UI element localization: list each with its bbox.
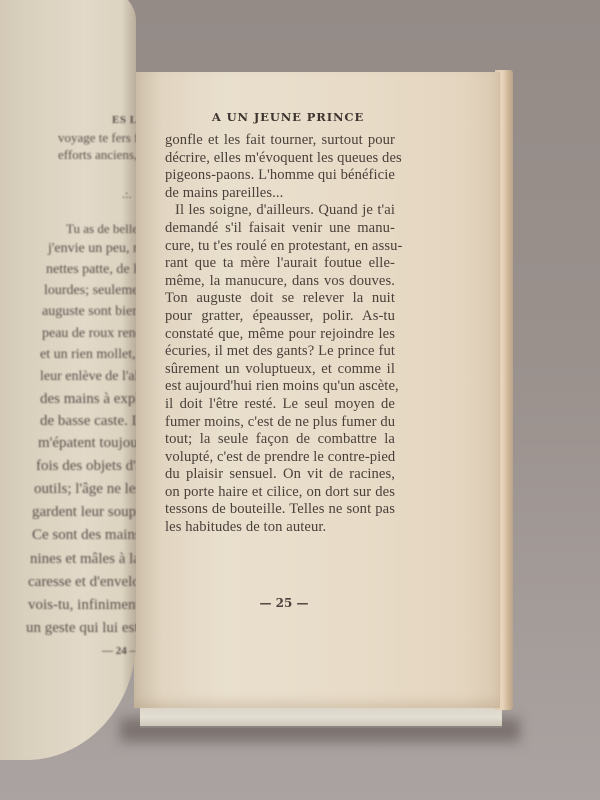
text-line: leur enlève de l'alerte xyxy=(40,369,136,385)
text-line: peau de roux rend le m xyxy=(42,326,136,342)
text-line: Il les soigne, d'ailleurs. Quand je t'ai xyxy=(165,202,395,220)
text-line: auguste sont bien pu xyxy=(42,304,136,320)
text-line: des mains à explora xyxy=(40,391,136,408)
text-line: de mains pareilles... xyxy=(165,185,395,203)
text-line: décrire, elles m'évoquent les queues des xyxy=(165,150,395,168)
text-line: volupté, c'est de prendre le contre-pied xyxy=(165,449,395,467)
text-line: pigeons-paons. L'homme qui bénéficie xyxy=(165,167,395,185)
text-line: tout; la seule façon de combattre la xyxy=(165,431,395,449)
body-text: gonfle et les fait tourner, surtout pour… xyxy=(165,132,395,537)
text-line: Tu as de belles mai xyxy=(66,221,136,237)
text-line: même, la manucure, dans vos douves. xyxy=(165,273,395,291)
right-page-text-block: A UN JEUNE PRINCE gonfle et les fait tou… xyxy=(165,110,395,537)
text-line: j'envie un peu, moi qu xyxy=(48,241,136,257)
text-line: tessons de bouteille. Telles ne sont pas xyxy=(165,501,395,519)
text-line: efforts anciens, a n xyxy=(58,147,136,163)
text-line: demandé s'il faisait venir une manu- xyxy=(165,220,395,238)
text-line: nettes patte, de leurs xyxy=(46,262,136,278)
text-line: outils; l'âge ne les a pas xyxy=(34,481,136,498)
text-line: est aujourd'hui rien moins qu'un ascète, xyxy=(165,378,395,396)
text-line: gardent leur souple et le xyxy=(32,504,136,521)
text-line: et un rien mollet, un pe xyxy=(40,347,136,363)
left-page-text-block: ES LET voyage te fers fo efforts anciens… xyxy=(0,0,136,760)
text-line: Ce sont des mains à la fo xyxy=(32,527,136,544)
text-line: rant que ta mère l'aurait foutue elle- xyxy=(165,255,395,273)
text-line: vois-tu, infiniment habile xyxy=(28,597,136,614)
page-number: — 25 — xyxy=(165,596,399,610)
text-line: fois des objets d'art et xyxy=(36,458,136,475)
text-line: nines et mâles à la fois xyxy=(30,551,136,568)
text-line: fumer moins, c'est de ne plus fumer du xyxy=(165,414,395,432)
text-line: lourdes; seulement, l xyxy=(44,283,136,299)
text-line: il doit l'être resté. Le seul moyen de xyxy=(165,396,395,414)
running-head: A UN JEUNE PRINCE xyxy=(165,110,395,124)
page-number: — 24 — xyxy=(102,645,136,657)
text-line: constaté que, même pour rejoindre les xyxy=(165,326,395,344)
left-page: ES LET voyage te fers fo efforts anciens… xyxy=(0,0,136,760)
text-line: pour gratter, épeausser, polir. As-tu xyxy=(165,308,395,326)
running-head: ES LET xyxy=(112,114,136,126)
text-line: écuries, il met des gants? Le prince fut xyxy=(165,343,395,361)
right-page: A UN JEUNE PRINCE gonfle et les fait tou… xyxy=(134,72,500,708)
text-line: caresse et d'envelopper xyxy=(28,574,136,591)
text-line: gonfle et les fait tourner, surtout pour xyxy=(165,132,395,150)
text-line: du plaisir sensuel. On vit de racines, xyxy=(165,466,395,484)
text-line: un geste qui lui est familier xyxy=(26,620,136,637)
text-line: on porte haire et cilice, on dort sur de… xyxy=(165,484,395,502)
text-line: cure, tu t'es roulé en protestant, en as… xyxy=(165,238,395,256)
ornament: .:. xyxy=(122,187,131,202)
text-line: sûrement un voluptueux, et comme il xyxy=(165,361,395,379)
text-line: voyage te fers fo xyxy=(58,130,136,146)
text-line: de basse caste. Le m xyxy=(40,413,136,430)
text-line: Ton auguste doit se relever la nuit xyxy=(165,290,395,308)
text-line: m'épatent toujours dés xyxy=(38,435,136,452)
text-line: les habitudes de ton auteur. xyxy=(165,519,395,537)
